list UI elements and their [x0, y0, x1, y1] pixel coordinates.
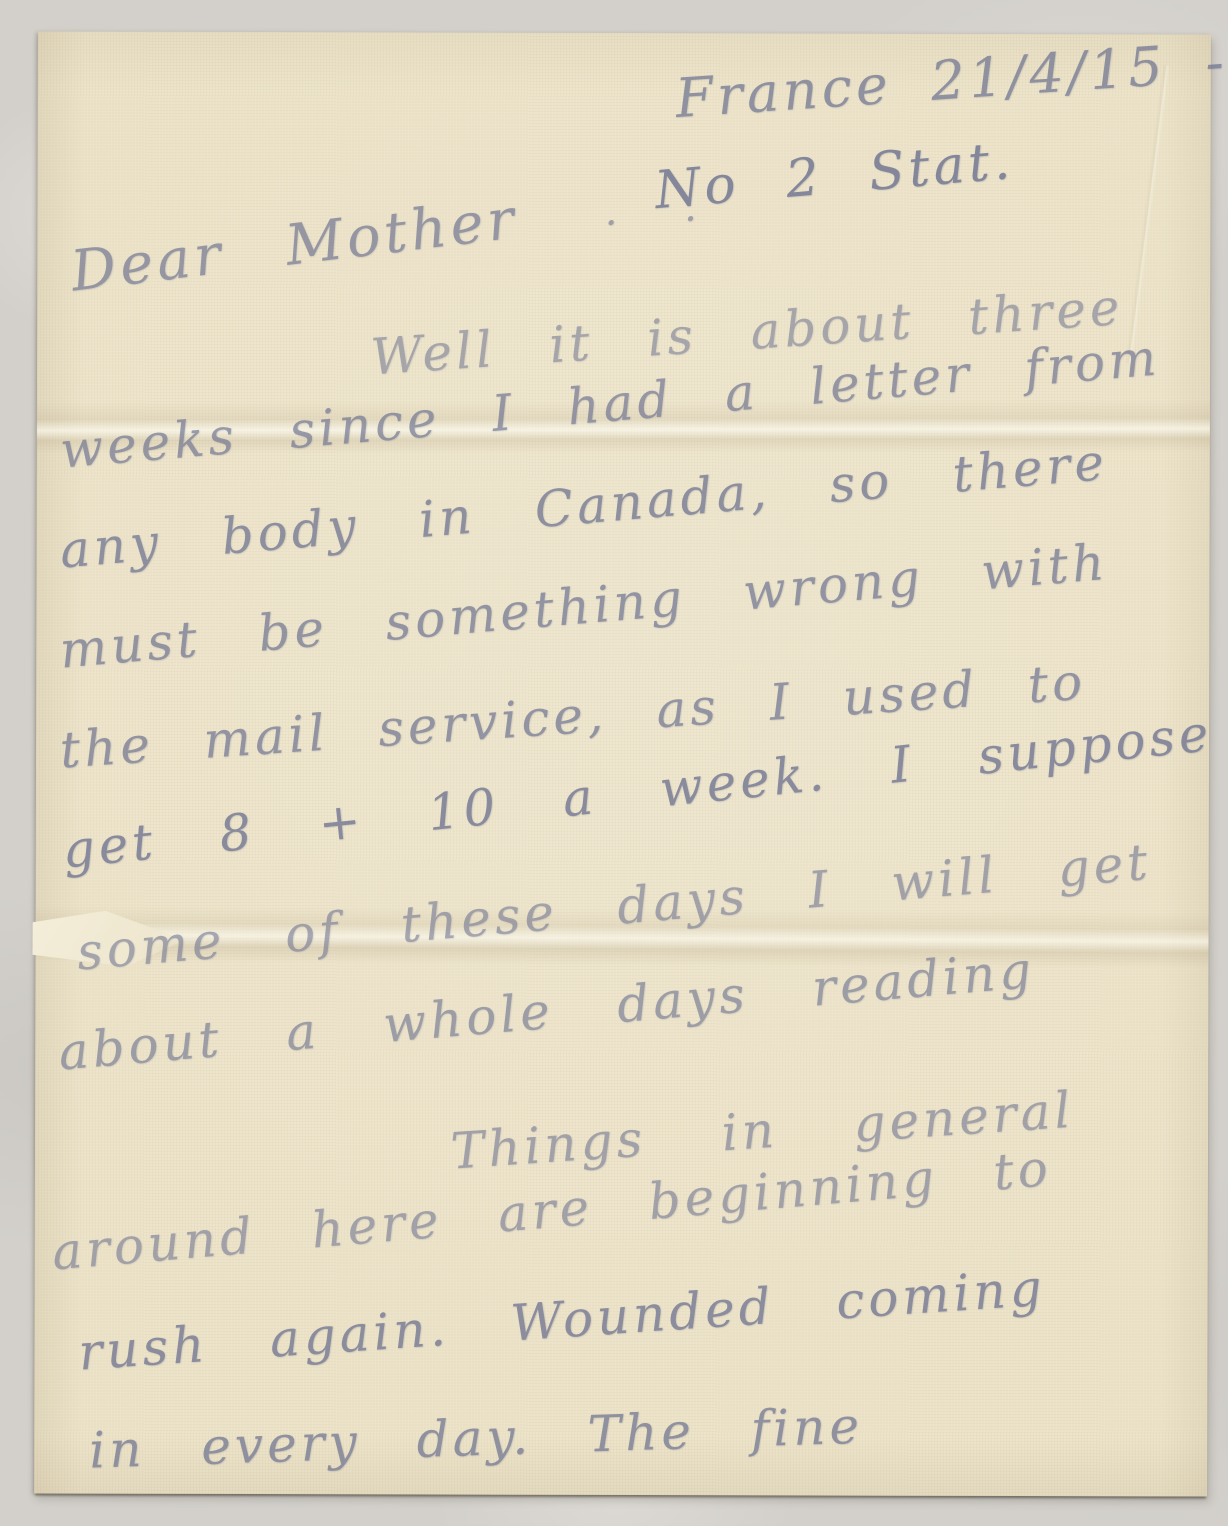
letter-page: France 21/4/15 - . . No 2 Stat. Dear Mot…: [34, 31, 1211, 1496]
body-line-12: in every day. The fine: [88, 1397, 864, 1480]
unit-line: No 2 Stat.: [652, 131, 1016, 221]
salutation: Dear Mother: [67, 186, 521, 304]
dateline: France 21/4/15 -: [673, 30, 1228, 130]
diagonal-crease: [1125, 65, 1170, 364]
body-line-11: rush again. Wounded coming: [76, 1259, 1047, 1382]
